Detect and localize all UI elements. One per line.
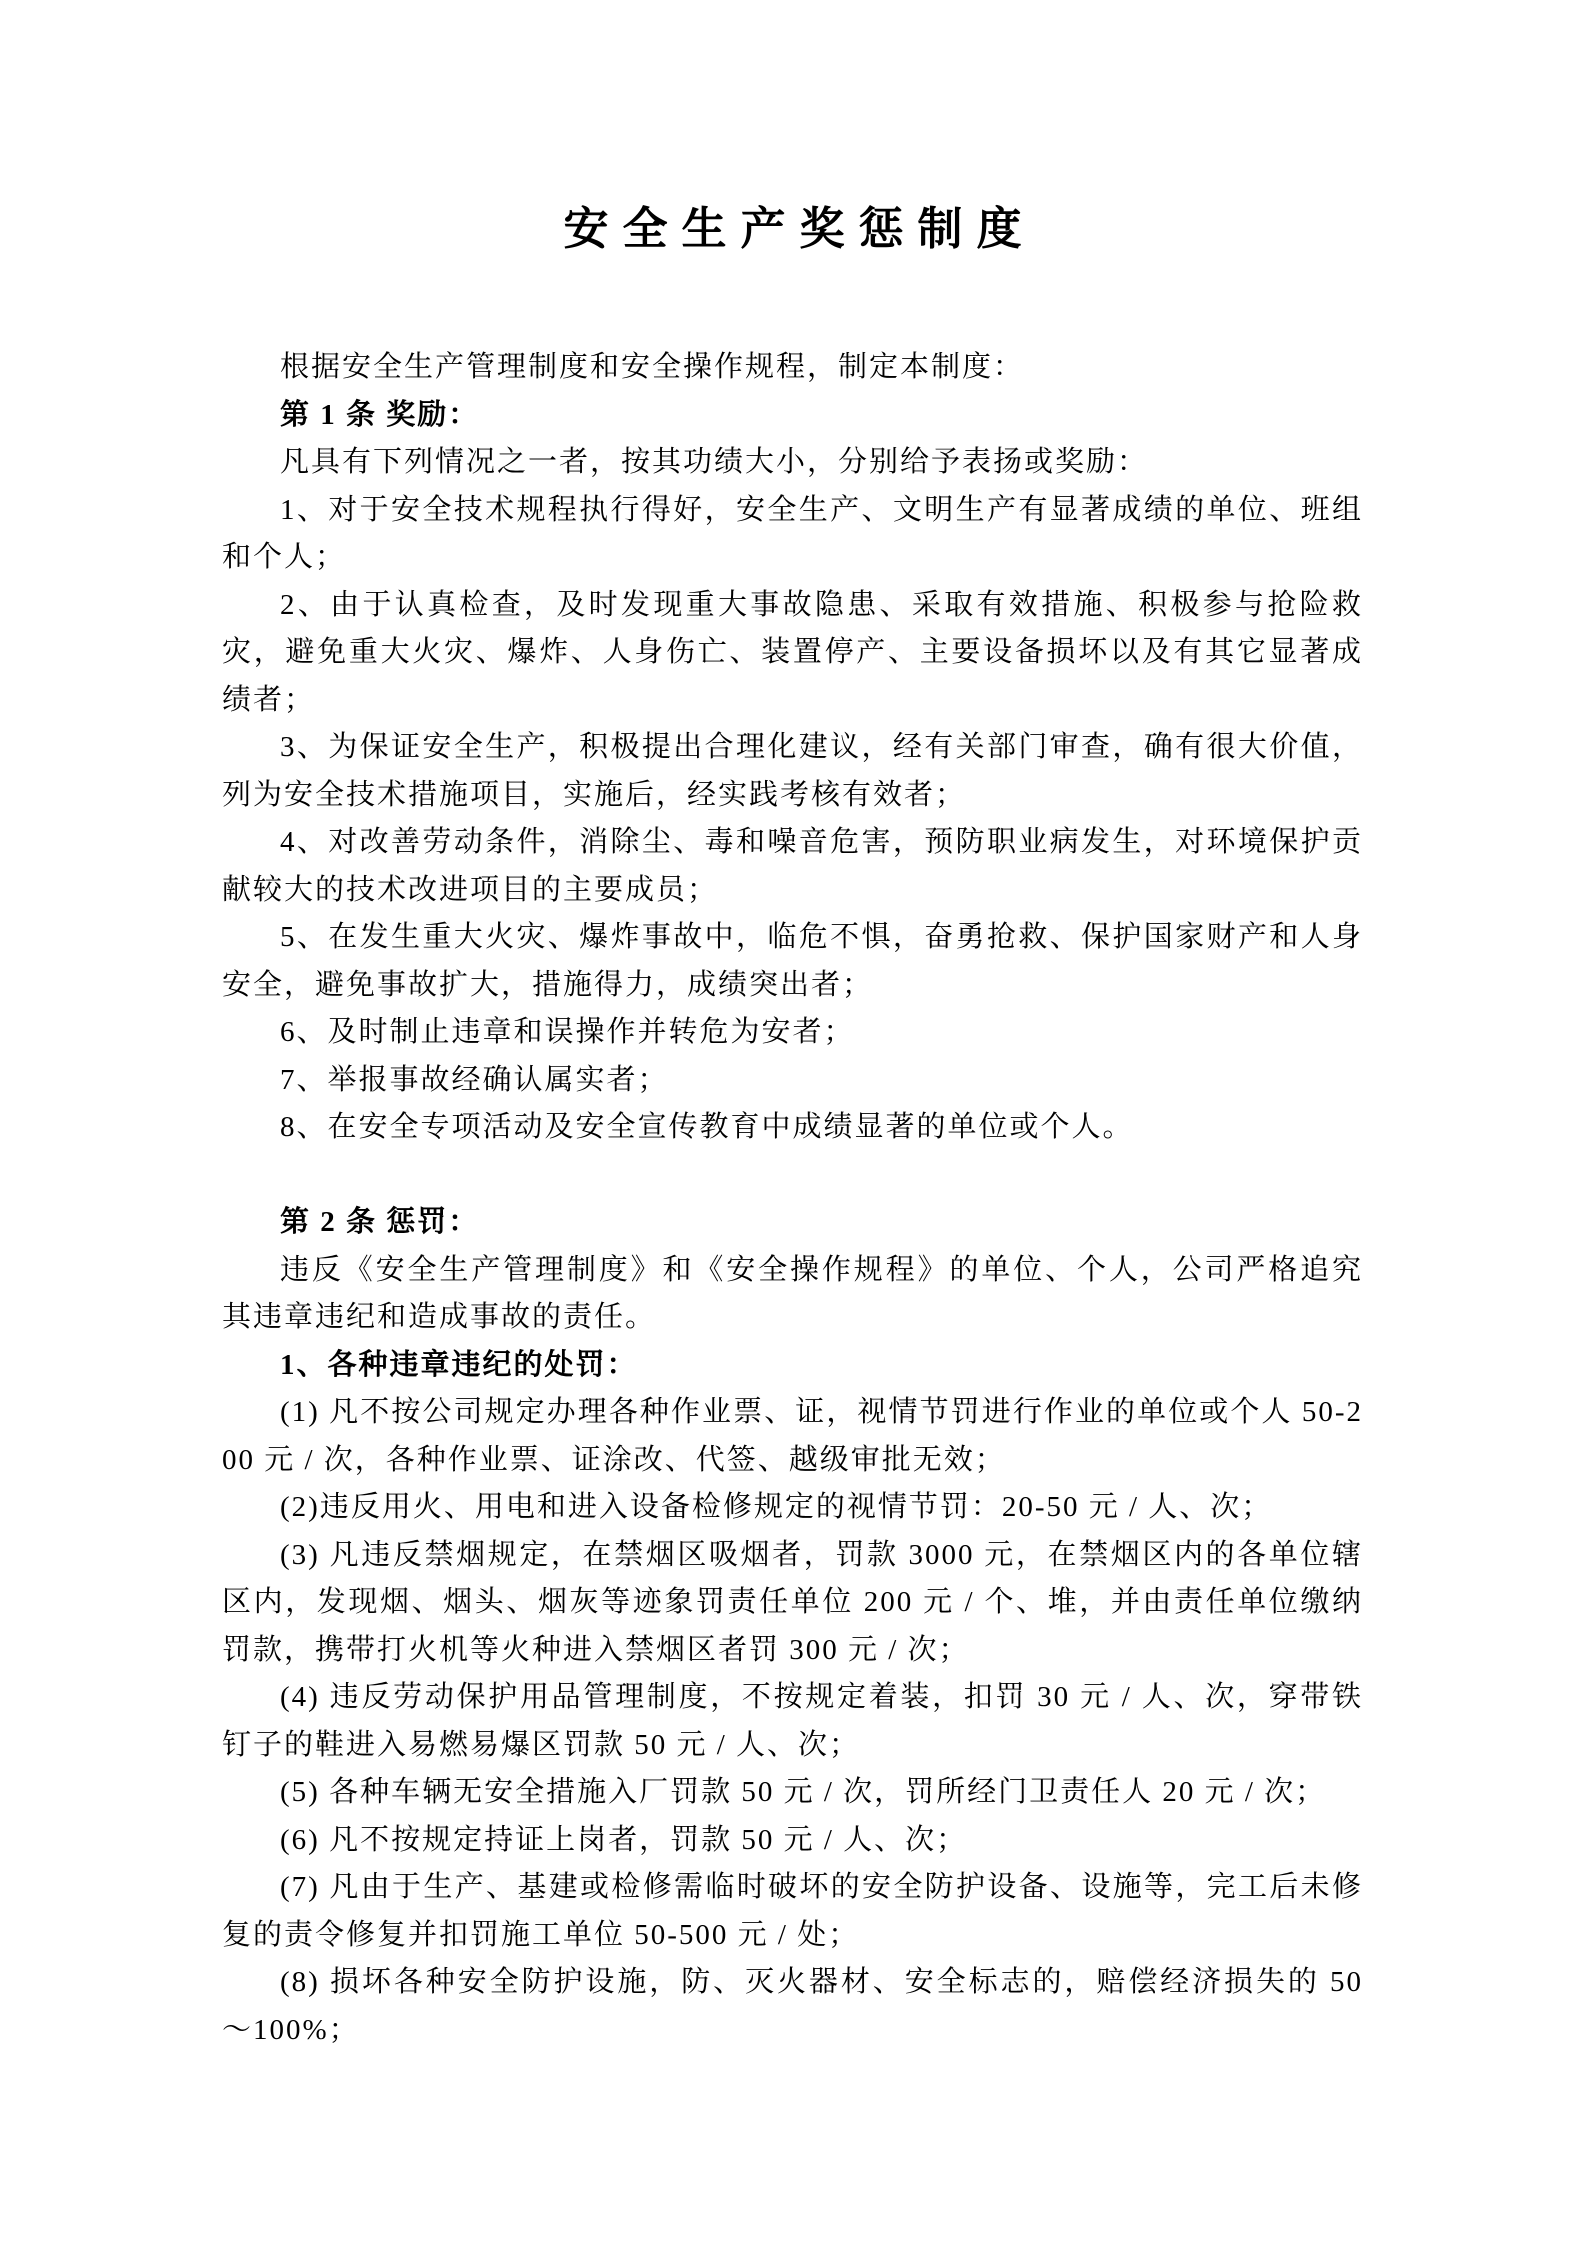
paragraph: 违反《安全生产管理制度》和《安全操作规程》的单位、个人，公司严格追究其违章违纪和… (222, 1247, 1363, 1342)
paragraph: 凡具有下列情况之一者，按其功绩大小，分别给予表扬或奖励： (222, 439, 1363, 487)
paragraph: (3) 凡违反禁烟规定，在禁烟区吸烟者，罚款 3000 元，在禁烟区内的各单位辖… (222, 1532, 1363, 1675)
paragraph: 根据安全生产管理制度和安全操作规程，制定本制度： (222, 344, 1363, 392)
document-body: 安全生产奖惩制度 根据安全生产管理制度和安全操作规程，制定本制度：第 1 条 奖… (0, 0, 1587, 2245)
document-page: 安全生产奖惩制度 根据安全生产管理制度和安全操作规程，制定本制度：第 1 条 奖… (0, 0, 1587, 2245)
paragraph: 4、对改善劳动条件，消除尘、毒和噪音危害，预防职业病发生，对环境保护贡献较大的技… (222, 819, 1363, 914)
paragraph: (1) 凡不按公司规定办理各种作业票、证，视情节罚进行作业的单位或个人 50-2… (222, 1389, 1363, 1484)
paragraph: (7) 凡由于生产、基建或检修需临时破坏的安全防护设备、设施等，完工后未修复的责… (222, 1864, 1363, 1959)
paragraph: (6) 凡不按规定持证上岗者，罚款 50 元 / 人、次； (222, 1817, 1363, 1865)
paragraph: 7、举报事故经确认属实者； (222, 1057, 1363, 1105)
paragraph: 第 1 条 奖励： (222, 392, 1363, 440)
paragraph: (4) 违反劳动保护用品管理制度，不按规定着装，扣罚 30 元 / 人、次，穿带… (222, 1674, 1363, 1769)
paragraph: (5) 各种车辆无安全措施入厂罚款 50 元 / 次，罚所经门卫责任人 20 元… (222, 1769, 1363, 1817)
paragraph: 1、对于安全技术规程执行得好，安全生产、文明生产有显著成绩的单位、班组和个人； (222, 487, 1363, 582)
paragraph: (8) 损坏各种安全防护设施，防、灭火器材、安全标志的，赔偿经济损失的 50～1… (222, 1959, 1363, 2054)
paragraph-list: 根据安全生产管理制度和安全操作规程，制定本制度：第 1 条 奖励：凡具有下列情况… (222, 344, 1363, 2054)
paragraph: 8、在安全专项活动及安全宣传教育中成绩显著的单位或个人。 (222, 1104, 1363, 1152)
paragraph: 2、由于认真检查，及时发现重大事故隐患、采取有效措施、积极参与抢险救灾，避免重大… (222, 582, 1363, 725)
paragraph: (2)违反用火、用电和进入设备检修规定的视情节罚：20-50 元 / 人、次； (222, 1484, 1363, 1532)
paragraph: 3、为保证安全生产，积极提出合理化建议，经有关部门审查，确有很大价值，列为安全技… (222, 724, 1363, 819)
paragraph: 5、在发生重大火灾、爆炸事故中，临危不惧，奋勇抢救、保护国家财产和人身安全，避免… (222, 914, 1363, 1009)
paragraph: 6、及时制止违章和误操作并转危为安者； (222, 1009, 1363, 1057)
document-title: 安全生产奖惩制度 (222, 198, 1363, 260)
paragraph: 第 2 条 惩罚： (222, 1199, 1363, 1247)
paragraph: 1、各种违章违纪的处罚： (222, 1342, 1363, 1390)
